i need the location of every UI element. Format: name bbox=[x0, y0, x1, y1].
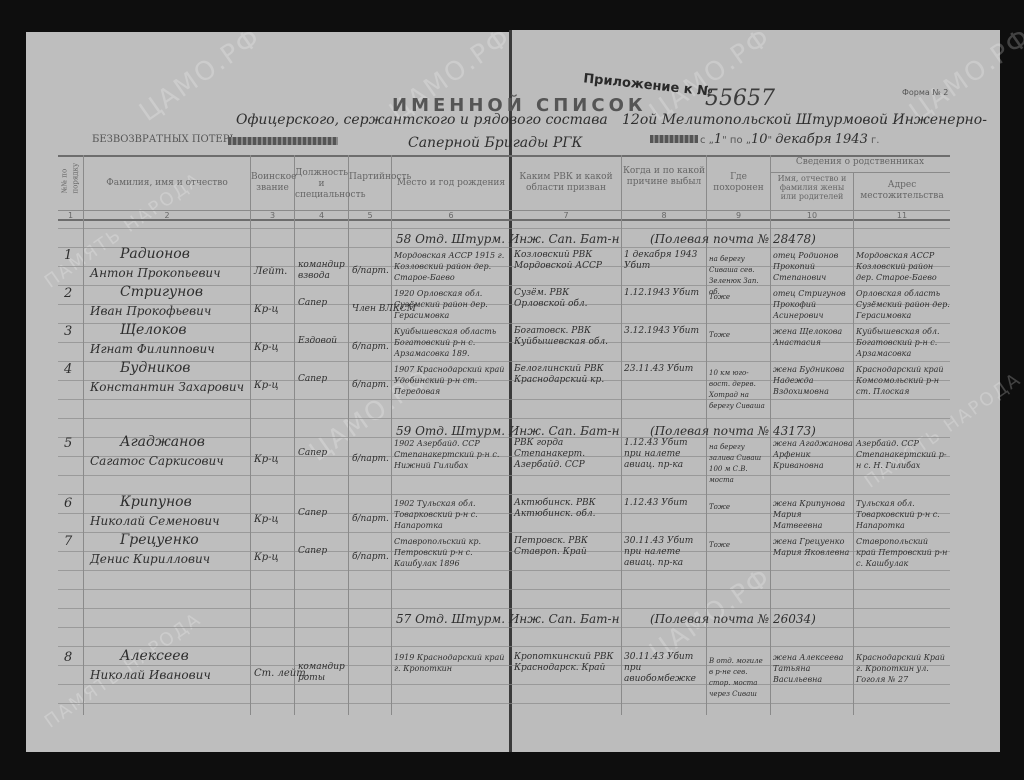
cell-buried: Тоже bbox=[709, 540, 769, 551]
cell-left: 1 декабря 1943 Убит bbox=[624, 250, 706, 272]
cell-relative: отец Родионов Прокопий Степанович bbox=[773, 250, 853, 283]
cell-rvk: РВК горда Степанакерт. Азербайд. ССР bbox=[514, 438, 620, 471]
cell-party: б/парт. bbox=[352, 380, 389, 390]
section-field-post: (Полевая почта № 43173) bbox=[650, 424, 816, 438]
row-rule bbox=[58, 646, 950, 647]
cell-rank: Кр-ц bbox=[254, 514, 279, 525]
cell-position: командир взвода bbox=[298, 260, 348, 282]
period-to: 10 bbox=[751, 132, 768, 147]
cell-num: 2 bbox=[64, 286, 72, 301]
cell-address: Азербайд. ССР Степанакертский р-н с. Н. … bbox=[856, 438, 950, 471]
cell-birth: Куйбышевская область Богатовский р-н с. … bbox=[394, 326, 510, 359]
col-header-party: Партийность bbox=[349, 172, 391, 183]
row-rule bbox=[58, 589, 950, 590]
col-header-name: Фамилия, имя и отчество bbox=[84, 178, 250, 189]
cell-relative: жена Алексеева Татьяна Васильевна bbox=[773, 652, 853, 685]
section-unit: 59 Отд. Штурм. Инж. Сап. Бат-н bbox=[396, 424, 619, 438]
cell-name: Константин Захарович bbox=[90, 380, 244, 394]
col-number: 3 bbox=[251, 211, 294, 220]
cell-rvk: Петровск. РВК Ставроп. Край bbox=[514, 536, 620, 558]
cell-position: Сапер bbox=[298, 374, 348, 385]
row-rule bbox=[58, 247, 950, 248]
period-from-label: с bbox=[700, 135, 706, 146]
cell-name: Иван Прокофьевич bbox=[90, 304, 211, 318]
cell-buried: Тоже bbox=[709, 292, 769, 303]
cell-num: 1 bbox=[64, 248, 72, 263]
cell-relative: жена Щелокова Анастасия bbox=[773, 326, 853, 348]
cell-address: Орловская область Сузёмский район дер. Г… bbox=[856, 288, 950, 321]
cell-birth: 1919 Краснодарский край г. Кропоткин bbox=[394, 652, 510, 674]
struck-out-text bbox=[650, 135, 698, 143]
cell-left: 3.12.1943 Убит bbox=[624, 326, 706, 337]
cell-surname: Агаджанов bbox=[120, 434, 205, 450]
row-rule bbox=[58, 475, 950, 476]
period: с „1" по „10" декабря 1943 г. bbox=[700, 132, 879, 147]
cell-surname: Алексеев bbox=[120, 648, 189, 664]
col-divider bbox=[348, 155, 349, 715]
cell-rank: Кр-ц bbox=[254, 454, 279, 465]
cell-name: Денис Кириллович bbox=[90, 552, 210, 566]
col-divider bbox=[621, 155, 622, 715]
cell-num: 6 bbox=[64, 496, 72, 511]
attachment-number: 55657 bbox=[705, 86, 775, 111]
cell-rvk: Актюбинск. РВК Актюбинск. обл. bbox=[514, 498, 620, 520]
cell-address: Краснодарский Край г. Кропоткин ул. Гого… bbox=[856, 652, 950, 685]
cell-name: Игнат Филиппович bbox=[90, 342, 215, 356]
cell-party: б/парт. bbox=[352, 454, 389, 464]
cell-rvk: Сузём. РВК Орловской обл. bbox=[514, 288, 620, 310]
col-header-position: Должность и специальность bbox=[295, 168, 348, 201]
cell-position: Сапер bbox=[298, 508, 348, 519]
col-number: 7 bbox=[512, 211, 620, 220]
cell-buried: Тоже bbox=[709, 330, 769, 341]
relatives-subheader-line bbox=[770, 172, 950, 173]
cell-birth: Ставропольский кр. Петровский р-н с. Каш… bbox=[394, 536, 510, 569]
cell-surname: Грецуенко bbox=[120, 532, 199, 548]
cell-surname: Радионов bbox=[120, 246, 190, 262]
cell-num: 5 bbox=[64, 436, 72, 451]
cell-relative: отец Стригунов Прокофий Асинерович bbox=[773, 288, 853, 321]
cell-buried: Тоже bbox=[709, 502, 769, 513]
cell-position: Сапер bbox=[298, 546, 348, 557]
cell-birth: 1902 Тульская обл. Товарковский р-н с. Н… bbox=[394, 498, 510, 531]
col-divider bbox=[391, 155, 392, 715]
unit-name-line1: 12ой Мелитопольской Штурмовой Инженерно- bbox=[622, 112, 987, 128]
col-header-rank: Воинское звание bbox=[251, 172, 294, 194]
cell-birth: 1907 Краснодарский край Удобинский р-н с… bbox=[394, 364, 510, 397]
col-number: 10 bbox=[771, 211, 853, 220]
cell-party: б/парт. bbox=[352, 552, 389, 562]
cell-rvk: Богатовск. РВК Куйбышевская обл. bbox=[514, 326, 620, 348]
cell-birth: 1902 Азербайд. ССР Степанакертский р-н с… bbox=[394, 438, 510, 471]
col-number: 4 bbox=[295, 211, 348, 220]
cell-buried: на берегу залива Сиваш 100 м С.В. моста bbox=[709, 442, 769, 486]
cell-surname: Крипунов bbox=[120, 494, 192, 510]
cell-left: 30.11.43 Убит при авиобомбежке bbox=[624, 652, 706, 685]
cell-rvk: Белоглинский РВК Краснодарский кр. bbox=[514, 364, 620, 386]
cell-address: Ставропольский край Петровский р-н с. Ка… bbox=[856, 536, 950, 569]
struck-out-text bbox=[228, 137, 338, 145]
col-number: 9 bbox=[707, 211, 770, 220]
cell-name: Сагатос Саркисович bbox=[90, 454, 224, 468]
cell-num: 8 bbox=[64, 650, 72, 665]
cell-relative: жена Агаджанова Арфеник Кривановна bbox=[773, 438, 853, 471]
cell-left: 1.12.43 Убит bbox=[624, 498, 706, 509]
cell-surname: Стригунов bbox=[120, 284, 203, 300]
cell-address: Мордовская АССР Козловский район дер. Ст… bbox=[856, 250, 950, 283]
col-number: 1 bbox=[58, 211, 83, 220]
section-field-post: (Полевая почта № 26034) bbox=[650, 612, 816, 626]
relatives-group-header: Сведения о родственниках bbox=[770, 157, 950, 168]
period-month: декабря bbox=[775, 132, 831, 147]
row-rule bbox=[58, 399, 950, 400]
col-header-num: №№ по порядку bbox=[60, 169, 82, 194]
cell-party: б/парт. bbox=[352, 514, 389, 524]
row-rule bbox=[58, 703, 950, 704]
form-number: Форма № 2 bbox=[902, 88, 948, 97]
loss-label: БЕЗВОЗВРАТНЫХ ПОТЕРЬ bbox=[92, 134, 236, 145]
cell-position: командир роты bbox=[298, 662, 348, 684]
section-field-post: (Полевая почта № 28478) bbox=[650, 232, 816, 246]
row-rule bbox=[58, 570, 950, 571]
cell-num: 4 bbox=[64, 362, 72, 377]
cell-surname: Будников bbox=[120, 360, 190, 376]
col-divider bbox=[294, 155, 295, 715]
col-number: 6 bbox=[392, 211, 510, 220]
col-header-relative: Имя, отчество и фамилия жены или родител… bbox=[771, 174, 853, 201]
period-from: 1 bbox=[714, 132, 722, 147]
composition-text: Офицерского, сержантского и рядового сос… bbox=[236, 112, 608, 128]
cell-address: Краснодарский край Комсомольский р-н ст.… bbox=[856, 364, 950, 397]
row-rule bbox=[58, 627, 950, 628]
cell-left: 30.11.43 Убит при налете авиац. пр-ка bbox=[624, 536, 706, 569]
cell-relative: жена Будникова Надежда Вздохимовна bbox=[773, 364, 853, 397]
cell-position: Сапер bbox=[298, 298, 348, 309]
cell-address: Тульская обл. Товарковский р-н с. Напаро… bbox=[856, 498, 950, 531]
cell-surname: Щелоков bbox=[120, 322, 187, 338]
col-number: 8 bbox=[622, 211, 706, 220]
col-number: 5 bbox=[349, 211, 391, 220]
cell-num: 7 bbox=[64, 534, 72, 549]
row-rule bbox=[58, 361, 950, 362]
cell-name: Николай Семенович bbox=[90, 514, 220, 528]
cell-rank: Кр-ц bbox=[254, 552, 279, 563]
col-divider bbox=[853, 172, 854, 715]
col-number: 11 bbox=[854, 211, 950, 220]
cell-relative: жена Грецуенко Мария Яковлевна bbox=[773, 536, 853, 558]
cell-rank: Лейт. bbox=[254, 266, 287, 277]
cell-rank: Кр-ц bbox=[254, 380, 279, 391]
row-rule bbox=[58, 608, 950, 609]
section-unit: 57 Отд. Штурм. Инж. Сап. Бат-н bbox=[396, 612, 619, 626]
cell-party: б/парт. bbox=[352, 266, 389, 276]
row-rule bbox=[58, 228, 950, 229]
period-to-label: по bbox=[730, 135, 743, 146]
cell-address: Куйбышевская обл. Богатовский р-н с. Арз… bbox=[856, 326, 950, 359]
col-header-birth: Место и год рождения bbox=[392, 178, 510, 189]
cell-left: 1.12.43 Убит при налете авиац. пр-ка bbox=[624, 438, 706, 471]
cell-birth: 1920 Орловская обл. Сузёмский район дер.… bbox=[394, 288, 510, 321]
section-unit: 58 Отд. Штурм. Инж. Сап. Бат-н bbox=[396, 232, 619, 246]
period-year: 1943 bbox=[835, 132, 868, 147]
col-header-left: Когда и по какой причине выбыл bbox=[622, 166, 706, 188]
col-number: 2 bbox=[84, 211, 250, 220]
cell-name: Антон Прокопьевич bbox=[90, 266, 221, 280]
cell-left: 1.12.1943 Убит bbox=[624, 288, 706, 299]
cell-birth: Мордовская АССР 1915 г. Козловский район… bbox=[394, 250, 510, 283]
cell-rank: Кр-ц bbox=[254, 342, 279, 353]
cell-rvk: Козловский РВК Мордовской АССР bbox=[514, 250, 620, 272]
cell-position: Ездовой bbox=[298, 336, 348, 347]
year-suffix: г. bbox=[871, 135, 879, 146]
unit-name-line2: Саперной Бригады РГК bbox=[408, 135, 582, 151]
row-rule bbox=[58, 323, 950, 324]
col-divider bbox=[250, 155, 251, 715]
cell-position: Сапер bbox=[298, 448, 348, 459]
cell-party: б/парт. bbox=[352, 342, 389, 352]
row-rule bbox=[58, 418, 950, 419]
col-divider bbox=[83, 155, 84, 715]
cell-rank: Кр-ц bbox=[254, 304, 279, 315]
cell-relative: жена Крипунова Мария Матвеевна bbox=[773, 498, 853, 531]
cell-buried: В отд. могиле в р-не сев. стор. моста че… bbox=[709, 656, 769, 700]
cell-num: 3 bbox=[64, 324, 72, 339]
col-header-buried: Где похоронен bbox=[707, 172, 770, 194]
col-header-rvk: Каким РВК и какой области призван bbox=[512, 172, 620, 194]
cell-rvk: Кропоткинский РВК Краснодарск. Край bbox=[514, 652, 620, 674]
cell-name: Николай Иванович bbox=[90, 668, 211, 682]
col-header-address: Адрес местожительства bbox=[854, 180, 950, 202]
cell-buried: 10 км юго-вост. дерев. Хотрад на берегу … bbox=[709, 368, 769, 412]
cell-left: 23.11.43 Убит bbox=[624, 364, 706, 375]
